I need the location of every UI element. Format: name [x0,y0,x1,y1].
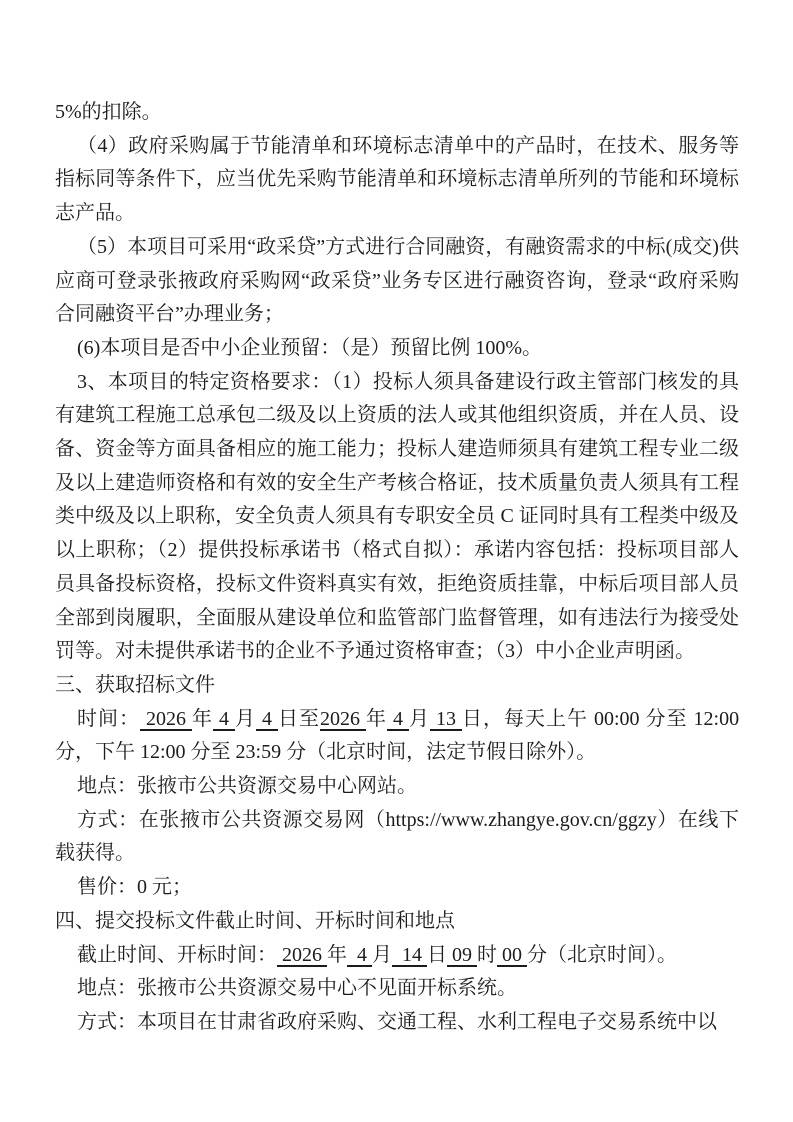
paragraph-open-location: 地点：张掖市公共资源交易中心不见面开标系统。 [55,972,739,1006]
paragraph-specific-qualification: 3、本项目的特定资格要求：（1）投标人须具备建设行政主管部门核发的具有建筑工程施… [55,366,739,669]
acquire-time-year-from-blank: 2026 [140,708,192,730]
document-page: 5%的扣除。 （4）政府采购属于节能清单和环境标志清单中的产品时，在技术、服务等… [0,0,793,1122]
paragraph-item4-energy-list: （4）政府采购属于节能清单和环境标志清单中的产品时，在技术、服务等指标同等条件下… [55,130,739,231]
deadline-year-blank: 2026 [277,944,327,966]
deadline-month-blank: 4 [347,944,372,966]
paragraph-item6-sme-reservation: (6)本项目是否中小企业预留：（是）预留比例 100%。 [55,332,739,366]
deadline-day-unit: 日 [427,944,447,966]
paragraph-document-price: 售价：0 元； [55,871,739,905]
acquire-time-month-unit-2: 月 [409,708,430,730]
acquire-time-day-to-blank: 13 [430,708,462,730]
acquire-time-year-to-blank: 2026 [320,708,366,730]
heading-section-three-obtain-documents: 三、获取招标文件 [55,669,739,703]
acquire-time-until-text: 日至 [278,708,320,730]
paragraph-acquire-method: 方式：在张掖市公共资源交易网（https://www.zhangye.gov.c… [55,804,739,871]
deadline-month-unit: 月 [372,944,392,966]
deadline-year-unit: 年 [327,944,347,966]
deadline-hour-unit: 时 [477,944,497,966]
acquire-time-day-from-blank: 4 [256,708,278,730]
heading-section-four-submission-deadline: 四、提交投标文件截止时间、开标时间和地点 [55,905,739,939]
paragraph-deduction-tail: 5%的扣除。 [55,96,739,130]
document-body: 5%的扣除。 （4）政府采购属于节能清单和环境标志清单中的产品时，在技术、服务等… [55,96,739,1040]
deadline-tail-text: 分（北京时间）。 [527,944,677,966]
acquire-time-month-from-blank: 4 [213,708,235,730]
acquire-time-month-unit: 月 [235,708,256,730]
paragraph-open-method: 方式：本项目在甘肃省政府采购、交通工程、水利工程电子交易系统中以 [55,1006,739,1040]
paragraph-item5-zhengcaidai-loan: （5）本项目可采用“政采贷”方式进行合同融资，有融资需求的中标(成交)供应商可登… [55,231,739,332]
deadline-minute-blank: 00 [497,944,527,966]
deadline-day-blank: 14 [392,944,427,966]
acquire-time-label: 时间： [77,708,140,730]
paragraph-acquire-location: 地点：张掖市公共资源交易中心网站。 [55,770,739,804]
paragraph-acquire-time: 时间： 2026 年 4 月 4 日至2026 年 4 月 13 日，每天上午 … [55,703,739,770]
acquire-time-year-unit: 年 [192,708,213,730]
deadline-label: 截止时间、开标时间： [77,944,277,966]
acquire-time-year-unit-2: 年 [366,708,387,730]
acquire-time-month-to-blank: 4 [387,708,409,730]
deadline-hour-blank: 09 [447,944,477,966]
paragraph-deadline-time: 截止时间、开标时间： 2026 年 4 月 14 日 09 时 00 分（北京时… [55,939,739,973]
